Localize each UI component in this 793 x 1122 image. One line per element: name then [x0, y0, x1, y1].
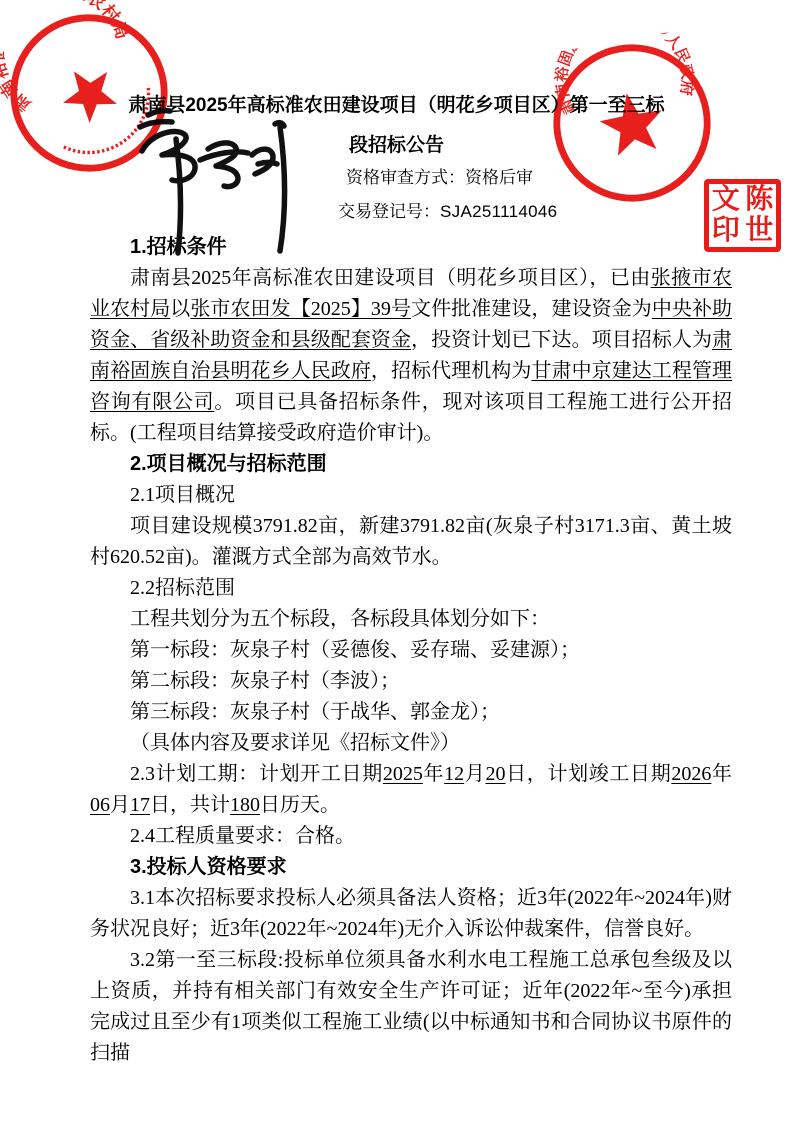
seal-char: 印: [709, 216, 743, 248]
underlined-text: 2025: [383, 763, 423, 785]
qualification-review-value: 资格后审: [465, 168, 533, 187]
text-run: 肃南县2025年高标准农田建设项目（明花乡项目区），已由: [130, 267, 651, 289]
text-run: 文件批准建设，建设资金为: [411, 298, 652, 320]
underlined-text: 20: [485, 763, 505, 785]
text-run: 项目建设规模3791.82亩，新建3791.82亩(灰泉子村3171.3亩、黄土…: [90, 515, 732, 568]
transaction-registration-number: SJA251114046: [440, 202, 557, 221]
seal-char: 文: [709, 184, 743, 216]
transaction-registration-line: 交易登记号：SJA251114046: [338, 197, 557, 222]
text-run: 以: [170, 298, 190, 320]
text-run: ，招标代理机构为: [371, 360, 532, 382]
text-run: 年: [423, 763, 444, 785]
svg-text:肃南裕固族自治县明花乡人民政府: 肃南裕固族自治县明花乡人民政府: [541, 27, 700, 121]
paragraph: （具体内容及要求详见《招标文件》）: [90, 728, 732, 759]
paragraph: 第一标段：灰泉子村（妥德俊、妥存瑞、妥建源）；: [90, 635, 732, 666]
text-run: 月: [110, 794, 130, 816]
text-run: 2.项目概况与招标范围: [130, 453, 327, 475]
text-run: （具体内容及要求详见《招标文件》）: [130, 732, 460, 754]
text-run: 2.1项目概况: [130, 484, 235, 506]
text-run: 日，计划竣工日期: [505, 763, 671, 785]
text-run: 第三标段：灰泉子村（于战华、郭金龙）；: [130, 701, 500, 723]
document-page: 肃南裕固族自治县农业农村局 肃南裕固族自治县明花乡人民政府 文 陈 印 世 肃南…: [0, 0, 793, 1122]
text-run: ，投资计划已下达。项目招标人为: [411, 329, 712, 351]
section-heading: 3.投标人资格要求: [90, 852, 732, 883]
paragraph: 2.3计划工期：计划开工日期2025年12月20日，计划竣工日期2026年06月…: [90, 759, 732, 821]
text-run: 工程共划分为五个标段，各标段具体划分如下：: [130, 608, 550, 630]
seal-char: 世: [743, 216, 777, 248]
underlined-text: 17: [130, 794, 150, 816]
text-run: 月: [464, 763, 485, 785]
text-run: 年: [711, 763, 732, 785]
text-run: 3.2第一至三标段:投标单位须具备水利水电工程施工总承包叁级及以上资质，并持有相…: [90, 949, 732, 1064]
personal-name-seal: 文 陈 印 世: [704, 179, 781, 252]
qualification-review-line: 资格审查方式：资格后审: [346, 163, 533, 188]
section-heading: 2.项目概况与招标范围: [90, 449, 732, 480]
paragraph: 第二标段：灰泉子村（李波）；: [90, 666, 732, 697]
seal-char: 陈: [743, 184, 777, 216]
text-run: 3.1本次招标要求投标人必须具备法人资格；近3年(2022年~2024年)财务状…: [90, 887, 732, 940]
star-icon: [596, 88, 669, 158]
text-run: 第二标段：灰泉子村（李波）；: [130, 670, 400, 692]
star-icon: [52, 56, 126, 129]
underlined-text: 06: [90, 794, 110, 816]
transaction-registration-label: 交易登记号：: [338, 202, 440, 221]
text-run: 日，共计: [150, 794, 230, 816]
text-run: 第一标段：灰泉子村（妥德俊、妥存瑞、妥建源）；: [130, 639, 580, 661]
paragraph: 第三标段：灰泉子村（于战华、郭金龙）；: [90, 697, 732, 728]
paragraph: 项目建设规模3791.82亩，新建3791.82亩(灰泉子村3171.3亩、黄土…: [90, 511, 732, 573]
underlined-text: 2026: [671, 763, 711, 785]
paragraph: 3.1本次招标要求投标人必须具备法人资格；近3年(2022年~2024年)财务状…: [90, 883, 732, 945]
underlined-text: 张市农田发【2025】39号: [190, 298, 411, 320]
paragraph: 3.2第一至三标段:投标单位须具备水利水电工程施工总承包叁级及以上资质，并持有相…: [90, 945, 732, 1069]
text-run: 2.4工程质量要求：合格。: [130, 825, 355, 847]
official-seal-minghua-township-government: 肃南裕固族自治县明花乡人民政府: [536, 27, 728, 219]
underlined-text: 180: [230, 794, 260, 816]
paragraph: 2.4工程质量要求：合格。: [90, 821, 732, 852]
seal-arc-text: 肃南裕固族自治县明花乡人民政府: [541, 27, 700, 121]
paragraph: 肃南县2025年高标准农田建设项目（明花乡项目区），已由张掖市农业农村局以张市农…: [90, 263, 732, 449]
paragraph: 2.2招标范围: [90, 573, 732, 604]
qualification-review-label: 资格审查方式：: [346, 168, 465, 187]
text-run: 2.2招标范围: [130, 577, 235, 599]
document-body: 1.招标条件肃南县2025年高标准农田建设项目（明花乡项目区），已由张掖市农业农…: [90, 232, 732, 1069]
text-run: 3.投标人资格要求: [130, 856, 287, 878]
text-run: 2.3计划工期：计划开工日期: [130, 763, 383, 785]
paragraph: 工程共划分为五个标段，各标段具体划分如下：: [90, 604, 732, 635]
underlined-text: 12: [444, 763, 464, 785]
text-run: 日历天。: [260, 794, 340, 816]
paragraph: 2.1项目概况: [90, 480, 732, 511]
